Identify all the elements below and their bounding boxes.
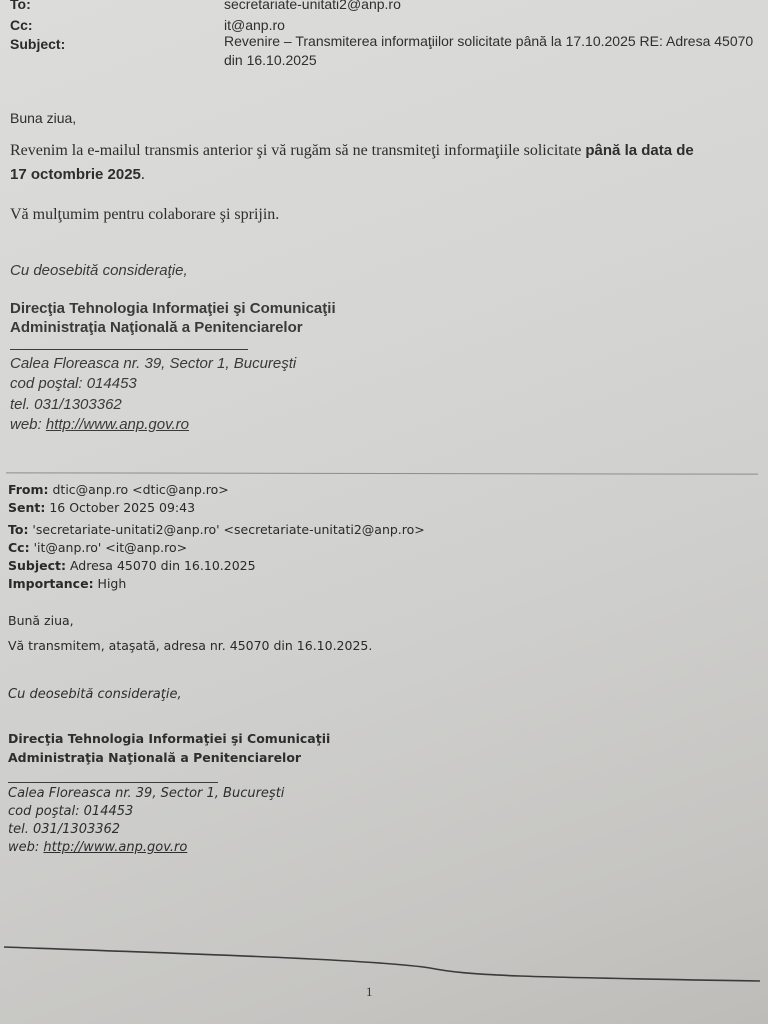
reply-paragraph-1: Revenim la e-mailul transmis anterior şi… — [10, 139, 750, 187]
original-sig-divider — [8, 782, 218, 783]
reply-sig-web: web: http://www.anp.gov.ro — [10, 416, 189, 433]
reply-sig-web-link[interactable]: http://www.anp.gov.ro — [46, 416, 189, 433]
original-sent-label: Sent: — [8, 500, 45, 515]
reply-subject-label: Subject: — [10, 36, 65, 52]
reply-paragraph-1-end: . — [141, 166, 145, 183]
original-sig-postal: cod poştal: 014453 — [8, 804, 133, 819]
reply-paragraph-2: Vă mulţumim pentru colaborare şi sprijin… — [10, 206, 279, 224]
reply-sig-divider — [10, 349, 248, 350]
reply-cc-label: Cc: — [10, 17, 33, 33]
original-sig-web-label: web: — [8, 840, 43, 855]
page-number: 1 — [366, 984, 373, 1000]
original-sent: Sent: 16 October 2025 09:43 — [8, 499, 195, 517]
reply-paragraph-1-text: Revenim la e-mailul transmis anterior şi… — [10, 142, 585, 159]
reply-subject-line2: din 16.10.2025 — [224, 52, 317, 68]
reply-sig-department: Direcţia Tehnologia Informaţiei şi Comun… — [10, 299, 336, 318]
original-subject: Subject: Adresa 45070 din 16.10.2025 — [8, 557, 256, 575]
original-importance: Importance: High — [8, 575, 126, 593]
original-to: To: 'secretariate-unitati2@anp.ro' <secr… — [8, 521, 425, 539]
original-subject-value: Adresa 45070 din 16.10.2025 — [66, 558, 256, 573]
message-separator — [6, 472, 758, 474]
reply-sig-address: Calea Floreasca nr. 39, Sector 1, Bucure… — [10, 355, 296, 372]
original-sig-department: Direcţia Tehnologia Informaţiei şi Comun… — [8, 729, 330, 748]
original-body-line: Vă transmitem, ataşată, adresa nr. 45070… — [8, 637, 372, 655]
reply-closing: Cu deosebită consideraţie, — [10, 262, 188, 279]
reply-to-label: To: — [10, 0, 31, 12]
original-cc: Cc: 'it@anp.ro' <it@anp.ro> — [8, 539, 187, 557]
original-subject-label: Subject: — [8, 558, 66, 573]
original-sig-web: web: http://www.anp.gov.ro — [8, 840, 187, 855]
reply-sig-web-label: web: — [10, 416, 46, 433]
original-cc-label: Cc: — [8, 540, 30, 555]
original-to-label: To: — [8, 522, 28, 537]
original-sent-value: 16 October 2025 09:43 — [45, 500, 195, 515]
reply-greeting: Buna ziua, — [10, 110, 76, 126]
original-importance-label: Importance: — [8, 576, 94, 591]
reply-sig-organization: Administraţia Naţională a Penitenciarelo… — [10, 318, 303, 337]
original-from: From: dtic@anp.ro <dtic@anp.ro> — [8, 481, 229, 499]
reply-deadline-bold-a: până la data de — [585, 142, 693, 159]
reply-deadline-bold-b: 17 octombrie 2025 — [10, 166, 141, 183]
original-greeting: Bună ziua, — [8, 612, 74, 630]
original-from-label: From: — [8, 482, 49, 497]
reply-sig-postal: cod poştal: 014453 — [10, 375, 137, 392]
reply-cc-value: it@anp.ro — [224, 17, 285, 33]
reply-to-value: secretariate-unitati2@anp.ro — [224, 0, 401, 12]
reply-sig-phone: tel. 031/1303362 — [10, 396, 122, 413]
original-sig-web-link[interactable]: http://www.anp.gov.ro — [43, 840, 187, 855]
original-to-value: 'secretariate-unitati2@anp.ro' <secretar… — [28, 522, 424, 537]
reply-subject-line1: Revenire – Transmiterea informaţiilor so… — [224, 33, 753, 49]
footer-rule — [0, 930, 768, 990]
original-cc-value: 'it@anp.ro' <it@anp.ro> — [30, 540, 188, 555]
original-from-value: dtic@anp.ro <dtic@anp.ro> — [49, 482, 229, 497]
original-importance-value: High — [94, 576, 127, 591]
original-sig-organization: Administraţia Naţională a Penitenciarelo… — [8, 748, 301, 767]
original-closing: Cu deosebită consideraţie, — [8, 687, 182, 702]
original-sig-address: Calea Floreasca nr. 39, Sector 1, Bucure… — [8, 786, 284, 801]
original-sig-phone: tel. 031/1303362 — [8, 822, 120, 837]
